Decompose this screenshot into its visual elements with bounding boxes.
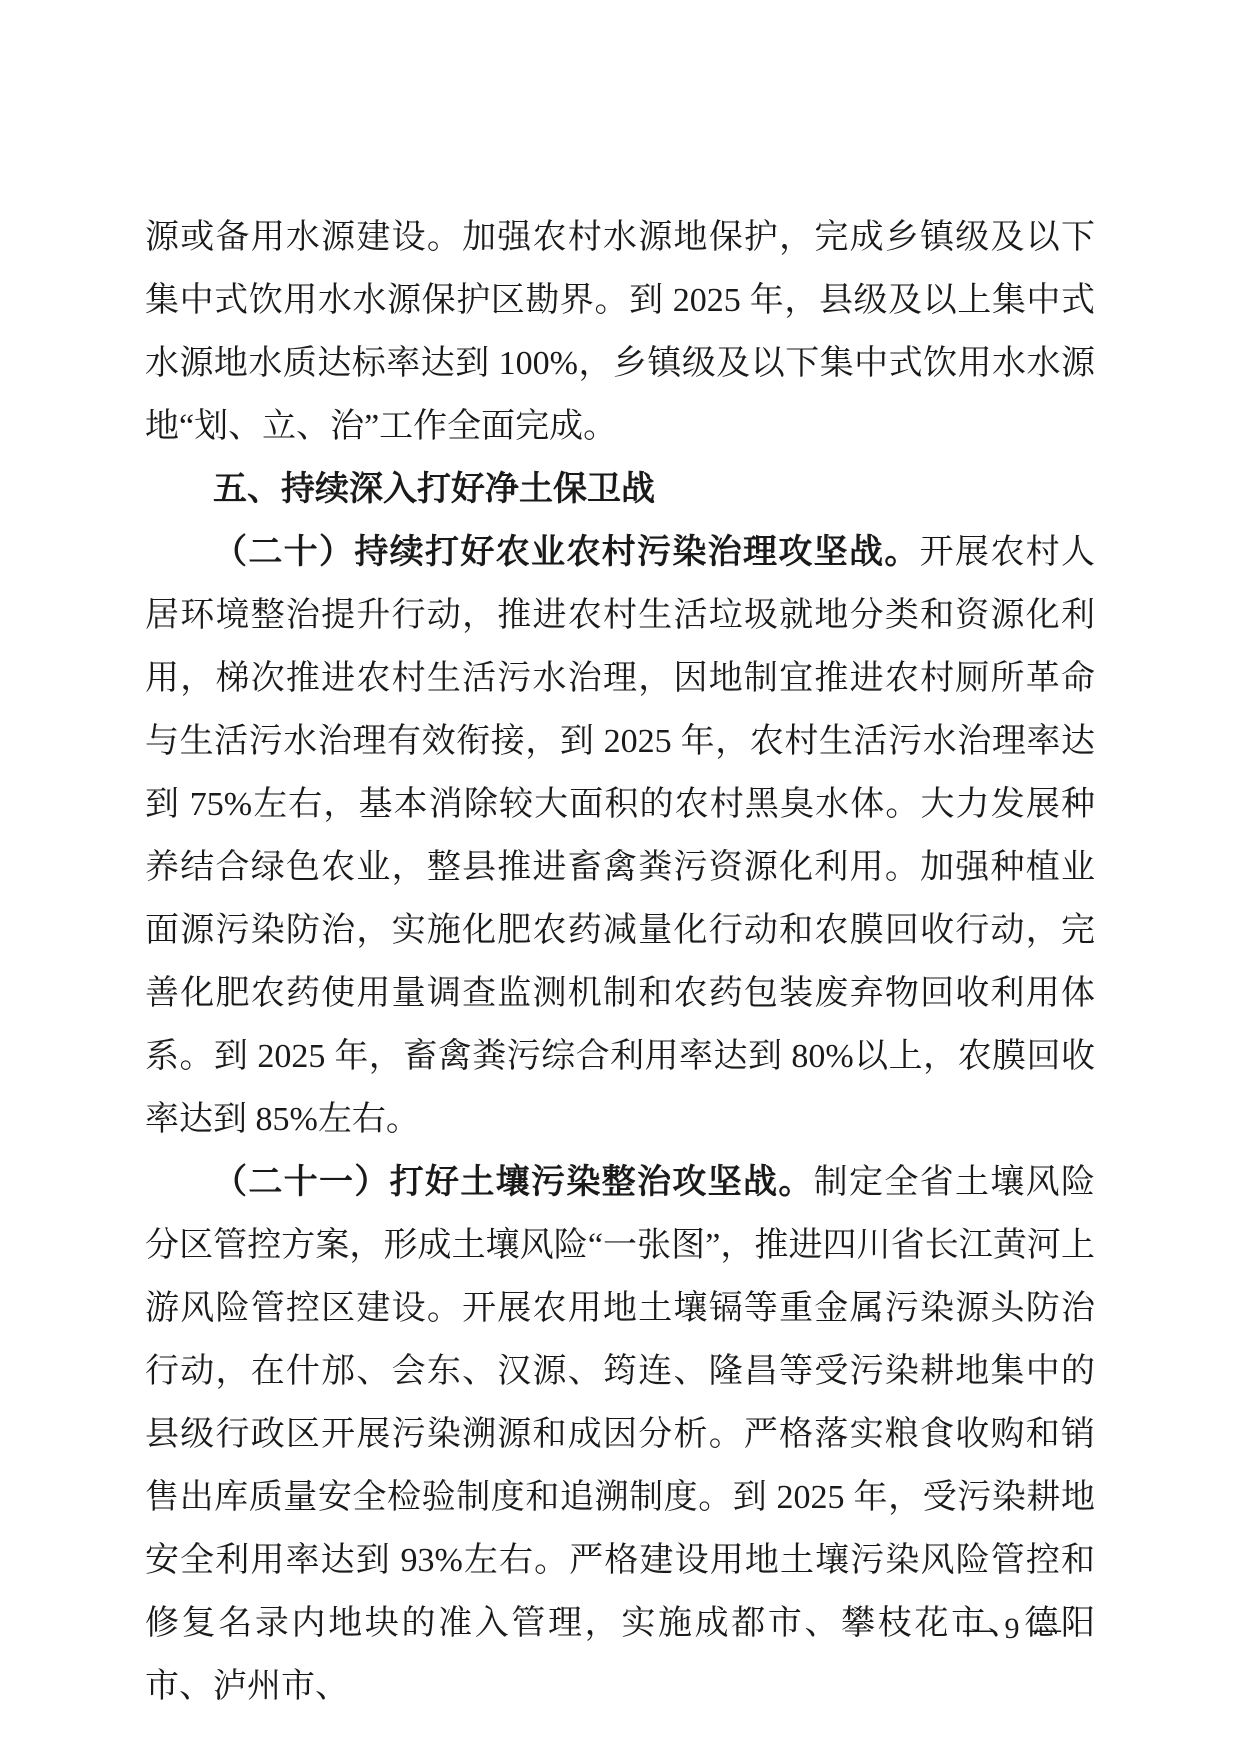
paragraph-item-21: （二十一）打好土壤污染整治攻坚战。制定全省土壤风险分区管控方案，形成土壤风险“一… — [145, 1151, 1095, 1718]
paragraph-item-20: （二十）持续打好农业农村污染治理攻坚战。开展农村人居环境整治提升行动，推进农村生… — [145, 521, 1095, 1151]
paragraph-continuation: 源或备用水源建设。加强农村水源地保护，完成乡镇级及以下集中式饮用水水源保护区勘界… — [145, 206, 1095, 458]
page-number: — 9 — — [963, 1612, 1063, 1646]
document-page: 源或备用水源建设。加强农村水源地保护，完成乡镇级及以下集中式饮用水水源保护区勘界… — [0, 0, 1240, 1753]
paragraph-item-20-lead: （二十）持续打好农业农村污染治理攻坚战。 — [213, 534, 920, 571]
paragraph-item-20-text: 开展农村人居环境整治提升行动，推进农村生活垃圾就地分类和资源化利用，梯次推进农村… — [145, 534, 1095, 1138]
section-heading: 五、持续深入打好净土保卫战 — [145, 458, 1095, 521]
paragraph-item-21-text: 制定全省土壤风险分区管控方案，形成土壤风险“一张图”，推进四川省长江黄河上游风险… — [145, 1164, 1095, 1705]
paragraph-item-21-lead: （二十一）打好土壤污染整治攻坚战。 — [213, 1164, 814, 1201]
document-body: 源或备用水源建设。加强农村水源地保护，完成乡镇级及以下集中式饮用水水源保护区勘界… — [145, 206, 1095, 1718]
